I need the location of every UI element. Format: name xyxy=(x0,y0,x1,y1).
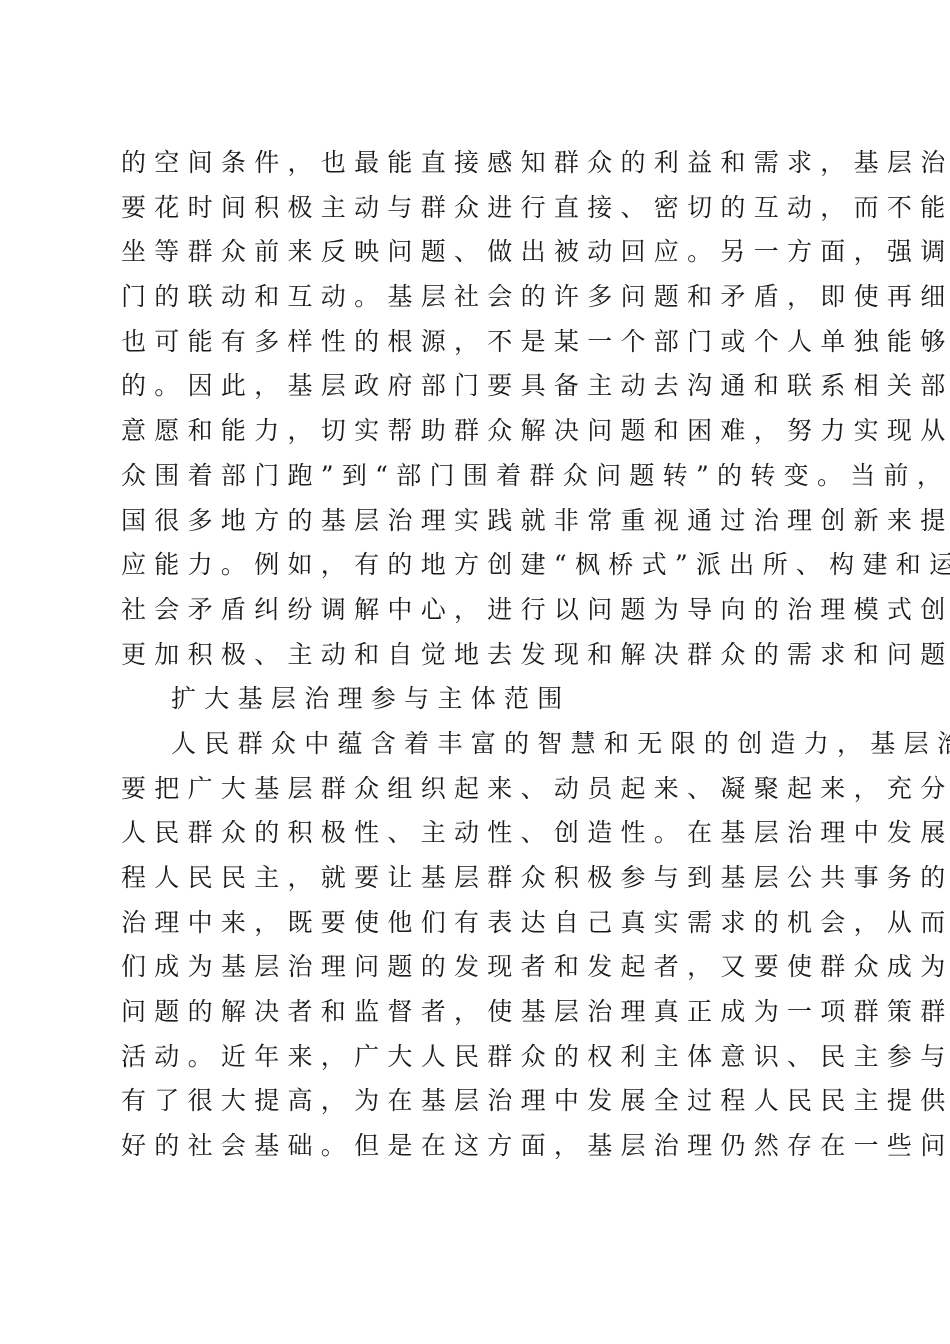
text-line: 人民群众中蕴含着丰富的智慧和无限的创造力，基层治理 xyxy=(121,722,831,767)
paragraph-body: 人民群众中蕴含着丰富的智慧和无限的创造力，基层治理 要把广大基层群众组织起来、动… xyxy=(121,722,831,1169)
text-line: 更加积极、主动和自觉地去发现和解决群众的需求和问题。 xyxy=(121,633,831,678)
text-line: 好的社会基础。但是在这方面，基层治理仍然存在一些问题。 xyxy=(121,1124,831,1169)
text-line: 要花时间积极主动与群众进行直接、密切的互动，而不能只是 xyxy=(121,186,831,231)
text-line: 社会矛盾纠纷调解中心，进行以问题为导向的治理模式创新， xyxy=(121,588,831,633)
text-line: 众围着部门跑”到“部门围着群众问题转”的转变。当前，我 xyxy=(121,454,831,499)
text-line: 有了很大提高，为在基层治理中发展全过程人民民主提供了良 xyxy=(121,1079,831,1124)
section-heading: 扩大基层治理参与主体范围 xyxy=(121,677,831,722)
document-page: 的空间条件，也最能直接感知群众的利益和需求，基层治理者 要花时间积极主动与群众进… xyxy=(121,141,831,1169)
text-line: 活动。近年来，广大人民群众的权利主体意识、民主参与意识 xyxy=(121,1035,831,1080)
text-line: 国很多地方的基层治理实践就非常重视通过治理创新来提高回 xyxy=(121,499,831,544)
text-line: 人民群众的积极性、主动性、创造性。在基层治理中发展全过 xyxy=(121,811,831,856)
text-line: 的空间条件，也最能直接感知群众的利益和需求，基层治理者 xyxy=(121,141,831,186)
text-line: 也可能有多样性的根源，不是某一个部门或个人单独能够解决 xyxy=(121,320,831,365)
text-line: 要把广大基层群众组织起来、动员起来、凝聚起来，充分激发 xyxy=(121,767,831,812)
text-line: 的。因此，基层政府部门要具备主动去沟通和联系相关部门的 xyxy=(121,364,831,409)
text-line: 问题的解决者和监督者，使基层治理真正成为一项群策群力的 xyxy=(121,990,831,1035)
text-line: 治理中来，既要使他们有表达自己真实需求的机会，从而使他 xyxy=(121,901,831,946)
text-line: 程人民民主，就要让基层群众积极参与到基层公共事务的共同 xyxy=(121,856,831,901)
text-line: 应能力。例如，有的地方创建“枫桥式”派出所、构建和运行 xyxy=(121,543,831,588)
text-line: 门的联动和互动。基层社会的许多问题和矛盾，即使再细微， xyxy=(121,275,831,320)
text-line: 意愿和能力，切实帮助群众解决问题和困难，努力实现从“群 xyxy=(121,409,831,454)
text-line: 坐等群众前来反映问题、做出被动回应。另一方面，强调多部 xyxy=(121,230,831,275)
text-line: 们成为基层治理问题的发现者和发起者，又要使群众成为基层 xyxy=(121,945,831,990)
paragraph-continuation: 的空间条件，也最能直接感知群众的利益和需求，基层治理者 要花时间积极主动与群众进… xyxy=(121,141,831,677)
